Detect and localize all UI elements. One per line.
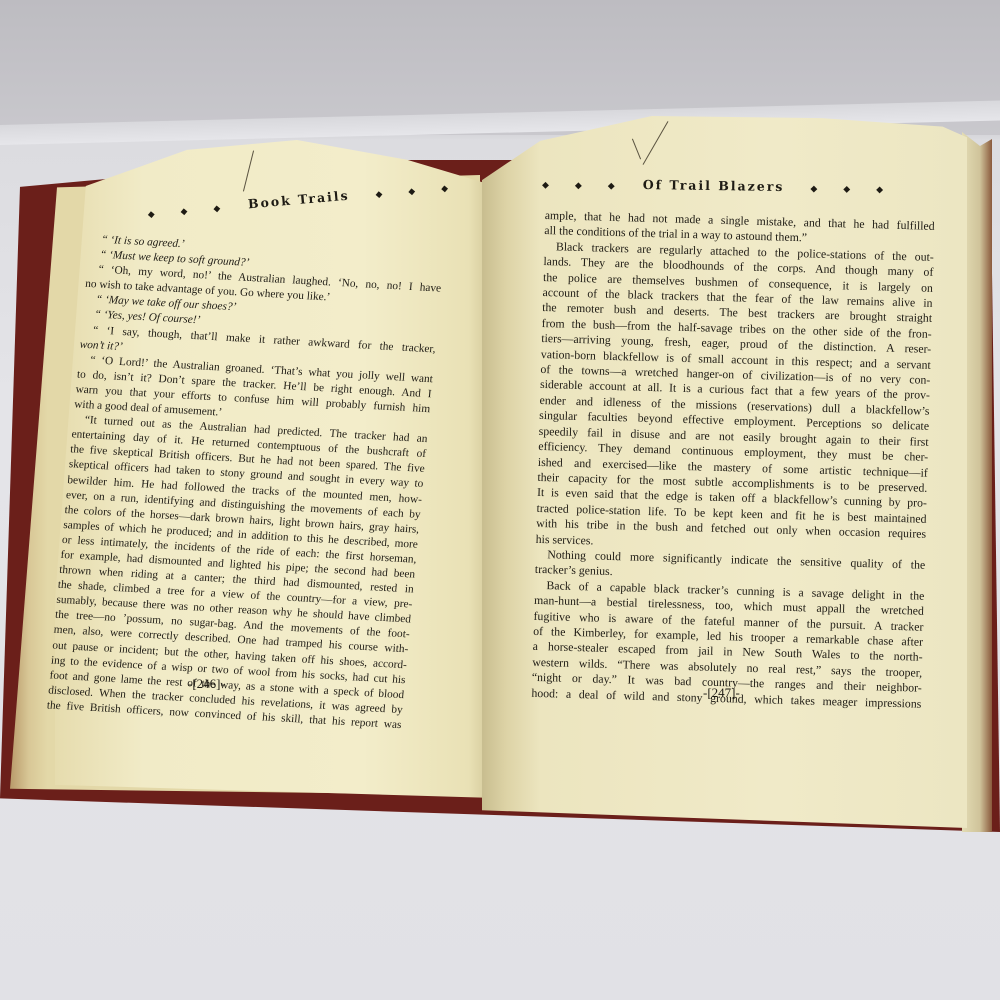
page-number-right: -[247]- — [703, 685, 740, 701]
diamond-ornament-icon: ◆ — [375, 190, 385, 201]
diamond-ornament-icon: ◆ — [147, 209, 157, 220]
diamond-ornament-icon: ◆ — [810, 184, 819, 194]
diamond-ornament-icon: ◆ — [542, 181, 551, 191]
page-number-left: -[246]- — [188, 676, 225, 692]
diamond-ornament-icon: ◆ — [843, 185, 852, 195]
diamond-ornament-icon: ◆ — [213, 204, 223, 215]
diamond-ornament-icon: ◆ — [441, 184, 451, 195]
diamond-ornament-icon: ◆ — [608, 182, 617, 192]
diamond-ornament-icon: ◆ — [408, 187, 418, 198]
left-page-body: “ ‘It is so agreed.’ “ ‘Must we keep to … — [46, 232, 444, 733]
diamond-ornament-icon: ◆ — [575, 181, 584, 191]
diamond-ornament-icon: ◆ — [876, 185, 885, 195]
diamond-ornament-icon: ◆ — [180, 207, 190, 218]
running-head-title: Of Trail Blazers — [643, 177, 785, 194]
right-page-body: ample, that he had not made a single mis… — [531, 208, 935, 712]
